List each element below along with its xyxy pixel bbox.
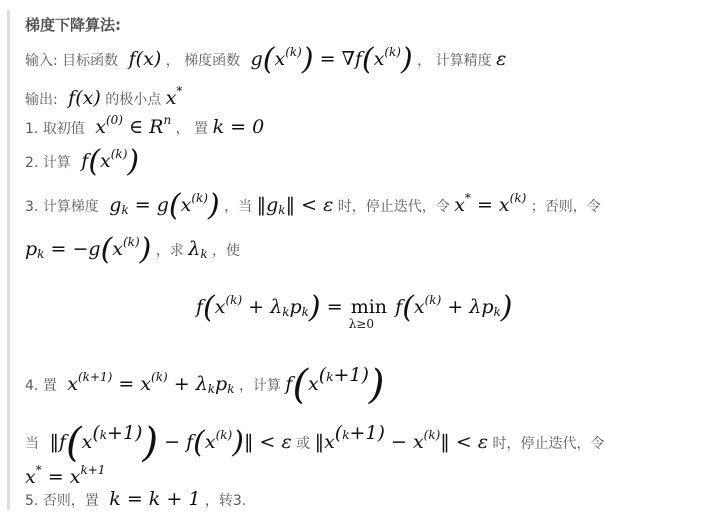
initial-value-expr: x(0) ∈ Rn [95,116,171,138]
output-label: 输出: [25,92,58,108]
x-star-next-expr: x* = xk+1 [25,466,105,488]
step-2: 2. 计算 f(x(k)) [25,144,139,179]
output-expr: f(x) [68,87,101,109]
compute-f-expr: f(x(k)) [81,150,139,172]
output-line: 输出: f(x) 的极小点 x* [25,84,182,109]
step-1: 1. 取初值 x(0) ∈ Rn ， 置 k = 0 [25,113,264,138]
x-diff-condition-expr: ‖x(k+1) − x(k)‖ < ε [315,431,488,453]
gradient-label: 梯度函数 [184,53,240,69]
input-line: 输入: 目标函数 f(x) ， 梯度函数 g(x(k)) = ∇f(x(k)) … [25,42,506,77]
gradient-gk-expr: gk = g(x(k)) [109,194,219,216]
input-label: 输入: [25,53,58,69]
k-increment-expr: k = k + 1 [109,488,200,510]
step-3: 3. 计算梯度 gk = g(x(k)) ，当 ‖gk‖ < ε 时，停止迭代，… [25,188,601,223]
precision-label: 计算精度 [436,53,492,69]
step-4-result: x* = xk+1 [25,463,105,488]
gradient-expr: g(x(k)) = ∇f(x(k)) [251,48,413,70]
step-size-symbol: λk [188,238,207,260]
blockquote-border [7,10,10,510]
line-search-equation: f(x(k) + λkpk) = minλ≥0 f(x(k) + λpk) [196,290,513,325]
direction-expr: pk = −g(x(k)) [25,238,151,260]
objective-label: 目标函数 [62,53,118,69]
update-expr: x(k+1) = x(k) + λkpk [67,373,234,395]
x-star-assign-expr: x* = x(k) [454,194,526,216]
compute-f-next-expr: f(x(k+1)) [285,373,384,395]
min-operator: minλ≥0 [351,296,387,318]
epsilon-symbol: ε [496,48,506,70]
step-5: 5. 否则，置 k = k + 1 ，转3. [25,488,246,510]
step-4-condition: 当 ‖f(x(k+1)) − f(x(k))‖ < ε 或 ‖x(k+1) − … [25,420,604,466]
section-title: 梯度下降算法: [25,14,121,35]
objective-expr: f(x) [129,48,162,70]
k-init-expr: k = 0 [213,116,265,138]
step-3-continuation: pk = −g(x(k)) ，求 λk ，使 [25,232,240,267]
f-diff-condition-expr: ‖f(x(k+1)) − f(x(k))‖ < ε [49,431,291,453]
minimizer-symbol: x* [166,87,183,109]
step-4: 4. 置 x(k+1) = x(k) + λkpk ，计算 f(x(k+1)) [25,362,385,408]
stop-condition-expr: ‖gk‖ < ε [257,194,334,216]
